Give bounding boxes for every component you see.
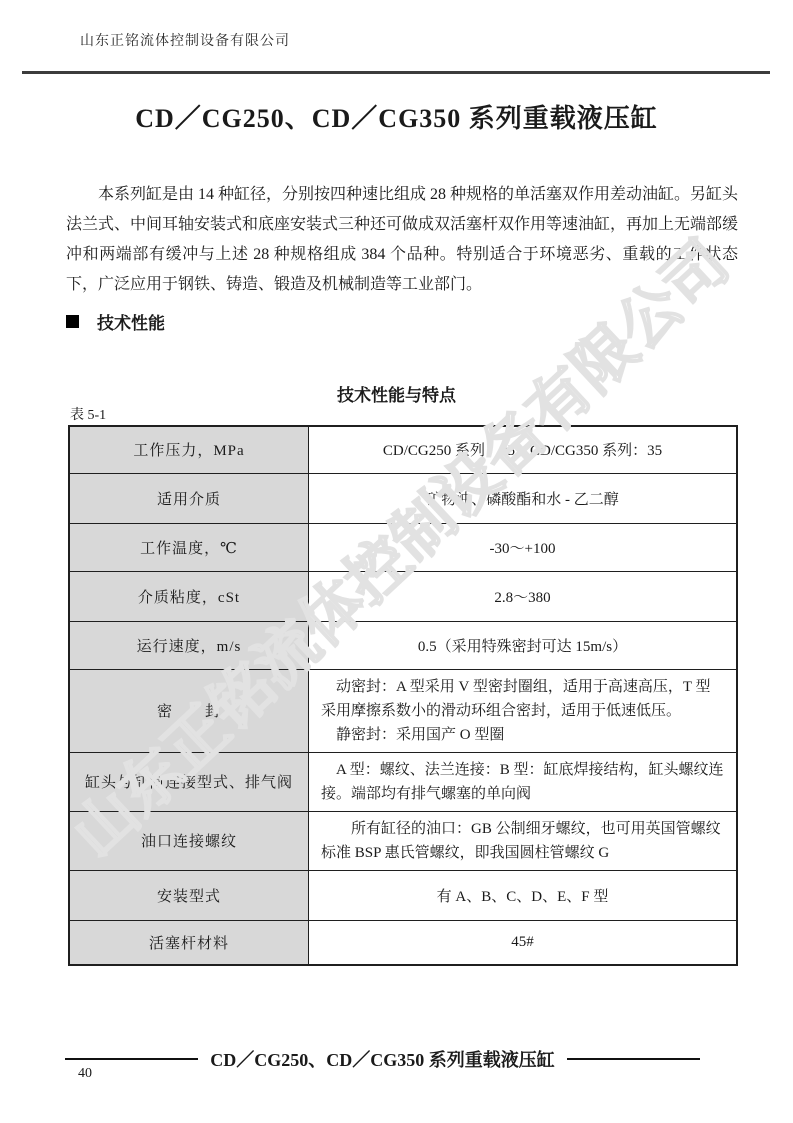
table-row: 密 封动密封：A 型采用 V 型密封圈组，适用于高速高压，T 型采用摩擦系数小的… [69, 669, 737, 752]
table-row: 油口连接螺纹所有缸径的油口：GB 公制细牙螺纹，也可用英国管螺纹标准 BSP 惠… [69, 811, 737, 870]
table-row: 适用介质矿物油、磷酸酯和水 - 乙二醇 [69, 473, 737, 523]
table-number-label: 表 5-1 [70, 404, 106, 424]
table-row: 工作压力，MPaCD/CG250 系列：25，CD/CG350 系列：35 [69, 426, 737, 473]
row-label: 运行速度，m/s [69, 621, 309, 669]
section-heading-label: 技术性能 [97, 309, 165, 334]
row-label: 介质粘度，cSt [69, 571, 309, 621]
spec-table: 工作压力，MPaCD/CG250 系列：25，CD/CG350 系列：35适用介… [68, 425, 738, 966]
header-rule [22, 71, 770, 74]
row-value: 矿物油、磷酸酯和水 - 乙二醇 [309, 473, 738, 523]
footer-rule-left [65, 1058, 198, 1060]
row-value: 动密封：A 型采用 V 型密封圈组，适用于高速高压，T 型采用摩擦系数小的滑动环… [309, 669, 738, 752]
row-value: 45# [309, 920, 738, 965]
row-label: 活塞杆材料 [69, 920, 309, 965]
row-value: 有 A、B、C、D、E、F 型 [309, 870, 738, 920]
page-title: CD／CG250、CD／CG350 系列重载液压缸 [0, 98, 793, 135]
row-label: 密 封 [69, 669, 309, 752]
table-row: 安装型式有 A、B、C、D、E、F 型 [69, 870, 737, 920]
footer-title: CD／CG250、CD／CG350 系列重载液压缸 [198, 1046, 567, 1072]
row-value: 0.5（采用特殊密封可达 15m/s） [309, 621, 738, 669]
table-row: 工作温度，℃-30～+100 [69, 523, 737, 571]
row-value: A 型：螺纹、法兰连接：B 型：缸底焊接结构，缸头螺纹连接。端部均有排气螺塞的单… [309, 752, 738, 811]
page-number: 40 [78, 1066, 92, 1082]
row-value-line: 静密封：采用国产 O 型圈 [321, 723, 724, 747]
page-footer: CD／CG250、CD／CG350 系列重载液压缸 [65, 1046, 700, 1072]
intro-paragraph: 本系列缸是由 14 种缸径，分别按四种速比组成 28 种规格的单活塞双作用差动油… [66, 180, 738, 300]
spec-table-body: 工作压力，MPaCD/CG250 系列：25，CD/CG350 系列：35适用介… [69, 426, 737, 965]
row-label: 适用介质 [69, 473, 309, 523]
header-company-name: 山东正铭流体控制设备有限公司 [80, 30, 290, 50]
table-caption: 技术性能与特点 [0, 381, 793, 406]
row-label: 工作温度，℃ [69, 523, 309, 571]
table-row: 活塞杆材料45# [69, 920, 737, 965]
table-row: 缸头与缸筒连接型式、排气阀A 型：螺纹、法兰连接：B 型：缸底焊接结构，缸头螺纹… [69, 752, 737, 811]
row-value: -30～+100 [309, 523, 738, 571]
document-page: 山东正铭流体控制设备有限公司 CD／CG250、CD／CG350 系列重载液压缸… [0, 0, 793, 1123]
row-label: 缸头与缸筒连接型式、排气阀 [69, 752, 309, 811]
footer-rule-right [567, 1058, 700, 1060]
row-label: 油口连接螺纹 [69, 811, 309, 870]
square-bullet-icon [66, 315, 79, 328]
row-label: 工作压力，MPa [69, 426, 309, 473]
row-value: 2.8～380 [309, 571, 738, 621]
table-row: 介质粘度，cSt2.8～380 [69, 571, 737, 621]
row-value: CD/CG250 系列：25，CD/CG350 系列：35 [309, 426, 738, 473]
row-value-line: 动密封：A 型采用 V 型密封圈组，适用于高速高压，T 型采用摩擦系数小的滑动环… [321, 675, 724, 723]
section-heading: 技术性能 [66, 309, 165, 334]
table-row: 运行速度，m/s0.5（采用特殊密封可达 15m/s） [69, 621, 737, 669]
row-value: 所有缸径的油口：GB 公制细牙螺纹，也可用英国管螺纹标准 BSP 惠氏管螺纹，即… [309, 811, 738, 870]
row-label: 安装型式 [69, 870, 309, 920]
